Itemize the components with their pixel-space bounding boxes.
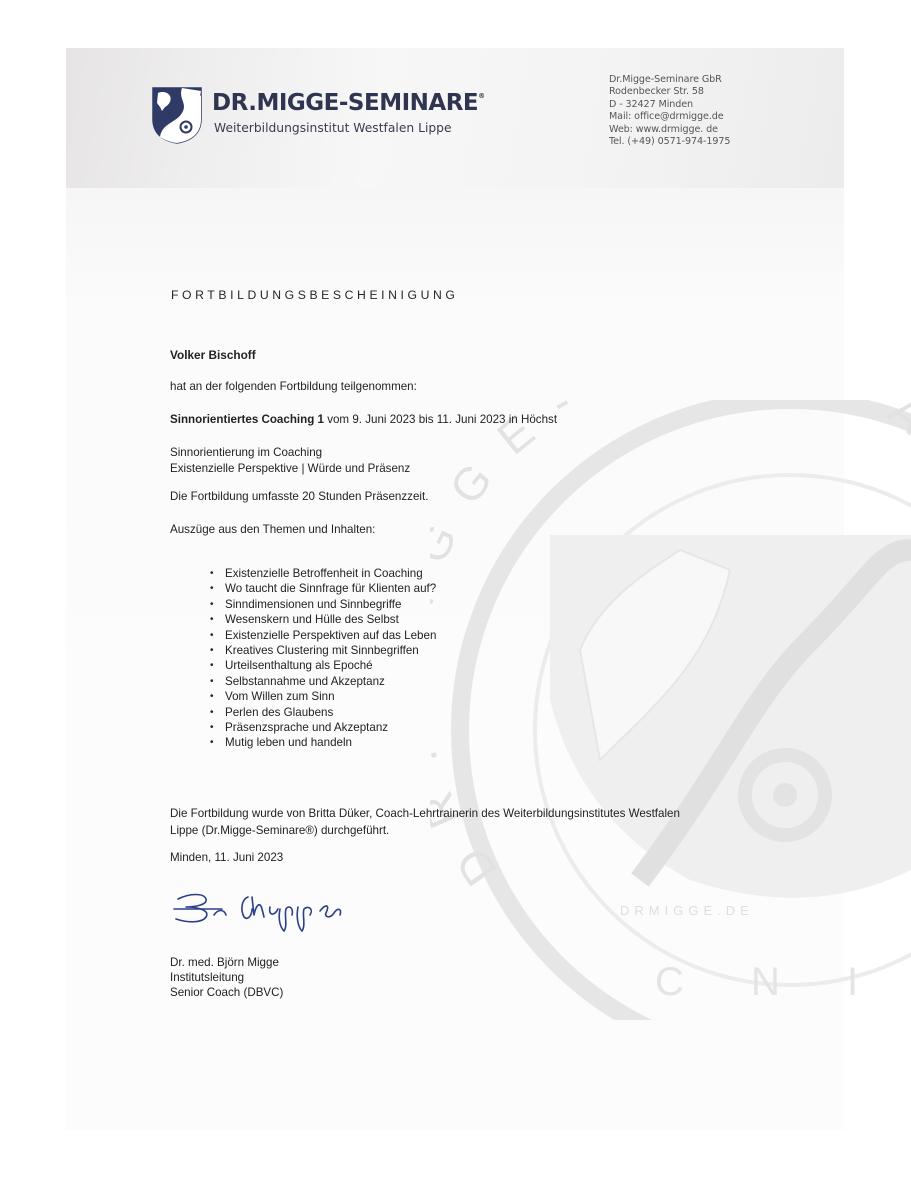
registered-mark: ® xyxy=(478,92,485,100)
address-phone: Tel. (+49) 0571-974-1975 xyxy=(609,136,730,148)
course-name: Sinnorientiertes Coaching 1 xyxy=(170,413,324,426)
intro-text: hat an der folgenden Fortbildung teilgen… xyxy=(170,380,417,393)
topic-item: Mutig leben und handeln xyxy=(210,735,436,750)
topic-item: Urteilsenthaltung als Epoché xyxy=(210,658,436,673)
place-date: Minden, 11. Juni 2023 xyxy=(170,851,283,864)
topic-item: Existenzielle Betroffenheit in Coaching xyxy=(210,566,436,581)
course-description: Sinnorientierung im Coaching Existenziel… xyxy=(170,445,410,476)
topic-item: Wo taucht die Sinnfrage für Klienten auf… xyxy=(210,581,436,596)
address-mail: Mail: office@drmigge.de xyxy=(609,111,730,123)
address-web: Web: www.drmigge. de xyxy=(609,124,730,136)
closing-paragraph: Die Fortbildung wurde von Britta Düker, … xyxy=(170,805,680,839)
address-company: Dr.Migge-Seminare GbR xyxy=(609,74,730,86)
address-city: D - 32427 Minden xyxy=(609,99,730,111)
topic-item: Sinndimensionen und Sinnbegriffe xyxy=(210,597,436,612)
closing-line: Die Fortbildung wurde von Britta Düker, … xyxy=(170,805,680,822)
signer-title: Senior Coach (DBVC) xyxy=(170,985,283,1000)
coat-of-arms-logo-icon xyxy=(152,87,202,144)
topic-item: Kreatives Clustering mit Sinnbegriffen xyxy=(210,643,436,658)
signer-block: Dr. med. Björn Migge Institutsleitung Se… xyxy=(170,955,283,1000)
brand-name-text: DR.MIGGE-SEMINARE xyxy=(212,90,478,116)
course-line: Sinnorientiertes Coaching 1 vom 9. Juni … xyxy=(170,413,557,426)
address-street: Rodenbecker Str. 58 xyxy=(609,86,730,98)
topic-item: Vom Willen zum Sinn xyxy=(210,689,436,704)
topic-item: Präsenzsprache und Akzeptanz xyxy=(210,720,436,735)
course-details: vom 9. Juni 2023 bis 11. Juni 2023 in Hö… xyxy=(324,413,557,426)
description-line: Existenzielle Perspektive | Würde und Pr… xyxy=(170,461,410,477)
signer-role: Institutsleitung xyxy=(170,970,283,985)
participant-name: Volker Bischoff xyxy=(170,348,256,362)
watermark-seal-icon: DR. MIGGE-SEMINARE C N I H C DRMIGGE.DE xyxy=(430,400,911,1020)
brand-subtitle: Weiterbildungsinstitut Westfalen Lippe xyxy=(214,121,452,135)
sender-address: Dr.Migge-Seminare GbR Rodenbecker Str. 5… xyxy=(609,74,730,148)
topic-item: Existenzielle Perspektiven auf das Leben xyxy=(210,628,436,643)
topics-heading: Auszüge aus den Themen und Inhalten: xyxy=(170,523,375,536)
hours-text: Die Fortbildung umfasste 20 Stunden Präs… xyxy=(170,490,428,503)
brand-name: DR.MIGGE-SEMINARE® xyxy=(212,90,485,116)
topic-item: Selbstannahme und Akzeptanz xyxy=(210,674,436,689)
signer-name: Dr. med. Björn Migge xyxy=(170,955,283,970)
description-line: Sinnorientierung im Coaching xyxy=(170,445,410,461)
topic-item: Wesenskern und Hülle des Selbst xyxy=(210,612,436,627)
document-title: FORTBILDUNGSBESCHEINIGUNG xyxy=(171,288,459,302)
svg-text:DRMIGGE.DE: DRMIGGE.DE xyxy=(620,903,754,918)
svg-text:C N I H C: C N I H C xyxy=(655,960,911,1004)
topics-list: Existenzielle Betroffenheit in Coaching … xyxy=(210,566,436,751)
closing-line: Lippe (Dr.Migge-Seminare®) durchgeführt. xyxy=(170,822,680,839)
topic-item: Perlen des Glaubens xyxy=(210,705,436,720)
signature-icon xyxy=(170,885,370,935)
